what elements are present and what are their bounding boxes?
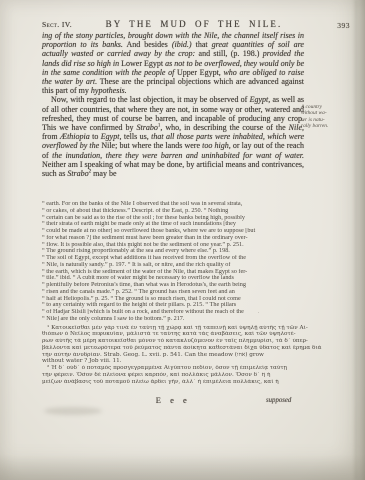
body-text: ing of the stony particles, brought down… <box>42 31 304 178</box>
footnote-greek-strabo-2: ² Ἡ δ᾽ οὐδ᾽ ὁ ποταμὸς προσγεγραμμένα Αἰγ… <box>42 365 348 385</box>
page-edge-shadow-bottom <box>0 454 365 480</box>
section-label: Sect. IV. <box>42 20 72 29</box>
paper-speck <box>128 246 130 248</box>
book-page-scan: Sect. IV. BY THE MUD OF THE NILE. 393 in… <box>0 0 365 480</box>
footnote-english-quotes: “ earth. For on the banks of the Nile I … <box>42 201 348 323</box>
footnote-block: “ earth. For on the banks of the Nile I … <box>42 201 348 385</box>
body-paragraph: ing of the stony particles, brought down… <box>42 31 304 95</box>
page-number: 393 <box>337 21 350 30</box>
ink-bleedthrough-smudge <box>44 407 102 415</box>
paper-speck <box>258 312 259 313</box>
margin-note: A countrywithout wa-ter is natu-rally ba… <box>301 104 353 129</box>
page-edge-shadow-right <box>351 0 365 480</box>
body-paragraph: Now, with regard to the last objection, … <box>42 95 304 178</box>
catchword: supposed <box>266 397 291 404</box>
paper-speck <box>84 372 85 374</box>
running-title: BY THE MUD OF THE NILE. <box>72 19 316 29</box>
signature-mark: E e e <box>42 395 304 405</box>
footnote-greek-strabo-1: ¹ Κατοικεῖσθαι μὲν γὰρ τινὰ ἐν ταύτῃ τῇ … <box>42 325 348 366</box>
